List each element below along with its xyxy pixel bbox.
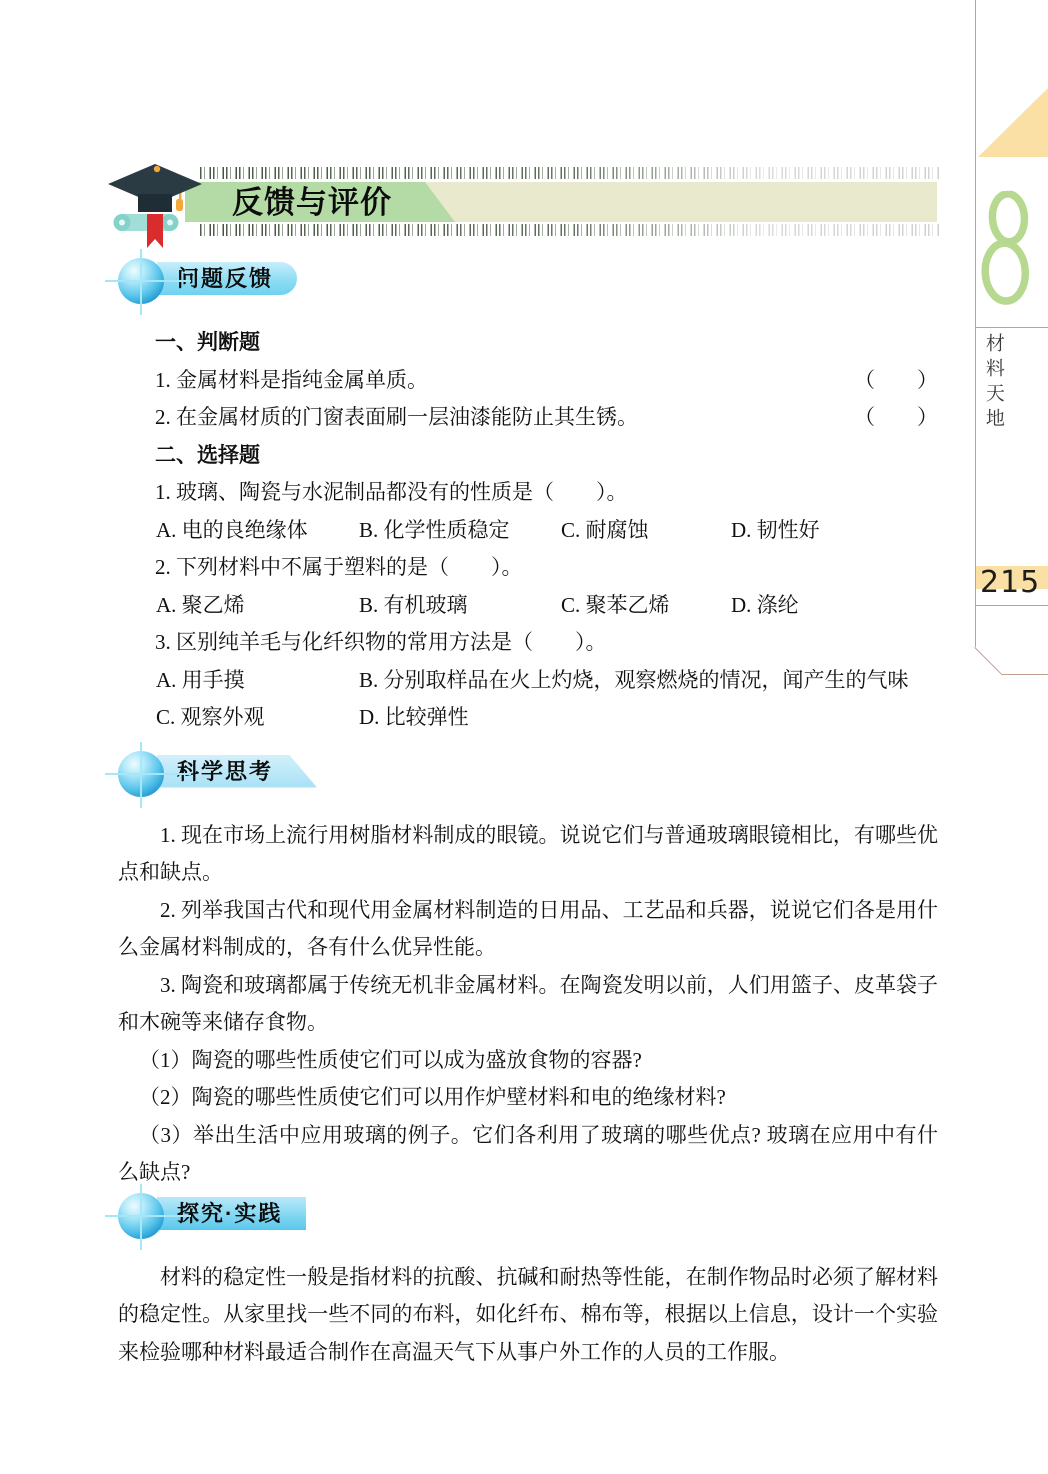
subsection-title-choice: 二、选择题: [118, 437, 938, 475]
section-title-feedback: 问题反馈: [157, 262, 297, 295]
options-row: A. 聚乙烯 B. 有机玻璃 C. 聚苯乙烯 D. 涤纶: [118, 587, 938, 625]
question-text: 2. 在金属材质的门窗表面刷一层油漆能防止其生锈。: [155, 399, 638, 437]
crosshair-line-icon: [105, 1215, 191, 1217]
crosshair-line-icon: [140, 249, 142, 315]
chapter-number-eight: [977, 190, 1035, 307]
think-subitem: （3）举出生活中应用玻璃的例子。它们各利用了玻璃的哪些优点? 玻璃在应用中有什么…: [118, 1117, 938, 1192]
answer-bracket: （ ）: [854, 362, 938, 400]
crosshair-line-icon: [140, 1184, 142, 1250]
option-a: A. 用手摸: [156, 662, 359, 700]
corner-triangle-decoration: [978, 88, 1048, 157]
judge-question-row: 2. 在金属材质的门窗表面刷一层油漆能防止其生锈。 （ ）: [118, 399, 938, 437]
choice-question-stem: 2. 下列材料中不属于塑料的是（ ）。: [118, 549, 938, 587]
options-row: A. 电的良绝缘体 B. 化学性质稳定 C. 耐腐蚀 D. 韧性好: [118, 512, 938, 550]
option-c: C. 聚苯乙烯: [561, 587, 731, 625]
section-title-practice: 探究·实践: [157, 1197, 306, 1230]
sidebar-vertical-rule: [975, 0, 976, 647]
section-badge-think: 科学思考: [118, 751, 938, 799]
main-content: 问题反馈 一、判断题 1. 金属材料是指纯金属单质。 （ ） 2. 在金属材质的…: [118, 258, 938, 1371]
option-b: B. 化学性质稳定: [359, 512, 561, 550]
textbook-page: 材料天地 215 反馈与评价 问题反馈 一、判断题 1. 金属材料是指纯金属单: [0, 0, 1048, 1474]
practice-text: 材料的稳定性一般是指材料的抗酸、抗碱和耐热等性能，在制作物品时必须了解材料的稳定…: [118, 1259, 938, 1372]
banner-hatch-bottom: [200, 224, 941, 236]
option-b: B. 有机玻璃: [359, 587, 561, 625]
think-subitem: （1）陶瓷的哪些性质使它们可以成为盛放食物的容器?: [118, 1042, 938, 1080]
think-item: 3. 陶瓷和玻璃都属于传统无机非金属材料。在陶瓷发明以前，人们用篮子、皮革袋子和…: [118, 967, 938, 1042]
question-text: 1. 金属材料是指纯金属单质。: [155, 362, 428, 400]
page-title: 反馈与评价: [232, 183, 392, 223]
crosshair-line-icon: [140, 742, 142, 808]
option-d: D. 比较弹性: [359, 699, 938, 737]
sidebar-diagonal-rule: [974, 647, 1002, 675]
option-b: B. 分别取样品在火上灼烧，观察燃烧的情况，闻产生的气味: [359, 662, 938, 700]
section-badge-feedback: 问题反馈: [118, 258, 938, 306]
sidebar-divider: [975, 327, 1048, 328]
graduation-cap-icon: [105, 160, 205, 252]
think-subitem: （2）陶瓷的哪些性质使它们可以用作炉壁材料和电的绝缘材料?: [118, 1079, 938, 1117]
option-c: C. 耐腐蚀: [561, 512, 731, 550]
think-item: 2. 列举我国古代和现代用金属材料制造的日用品、工艺品和兵器，说说它们各是用什么…: [118, 892, 938, 967]
option-d: D. 涤纶: [731, 587, 938, 625]
answer-bracket: （ ）: [854, 399, 938, 437]
crosshair-line-icon: [105, 773, 191, 775]
section-title-think: 科学思考: [157, 755, 317, 788]
page-number: 215: [980, 567, 1040, 599]
section-badge-practice: 探究·实践: [118, 1193, 938, 1241]
chapter-title: 材料天地: [982, 333, 1004, 433]
option-c: C. 观察外观: [156, 699, 359, 737]
think-item: 1. 现在市场上流行用树脂材料制成的眼镜。说说它们与普通玻璃眼镜相比，有哪些优点…: [118, 817, 938, 892]
sidebar-divider: [975, 605, 1048, 606]
option-a: A. 聚乙烯: [156, 587, 359, 625]
options-row: A. 用手摸 B. 分别取样品在火上灼烧，观察燃烧的情况，闻产生的气味: [118, 662, 938, 700]
subsection-title-judge: 一、判断题: [118, 324, 938, 362]
judge-question-row: 1. 金属材料是指纯金属单质。 （ ）: [118, 362, 938, 400]
crosshair-line-icon: [105, 280, 191, 282]
choice-question-stem: 3. 区别纯羊毛与化纤织物的常用方法是（ ）。: [118, 624, 938, 662]
banner-hatch-top: [200, 167, 941, 179]
options-row: C. 观察外观 D. 比较弹性: [118, 699, 938, 737]
choice-question-stem: 1. 玻璃、陶瓷与水泥制品都没有的性质是（ ）。: [118, 474, 938, 512]
option-a: A. 电的良绝缘体: [156, 512, 359, 550]
option-d: D. 韧性好: [731, 512, 938, 550]
sidebar-bottom-rule: [1002, 674, 1048, 675]
